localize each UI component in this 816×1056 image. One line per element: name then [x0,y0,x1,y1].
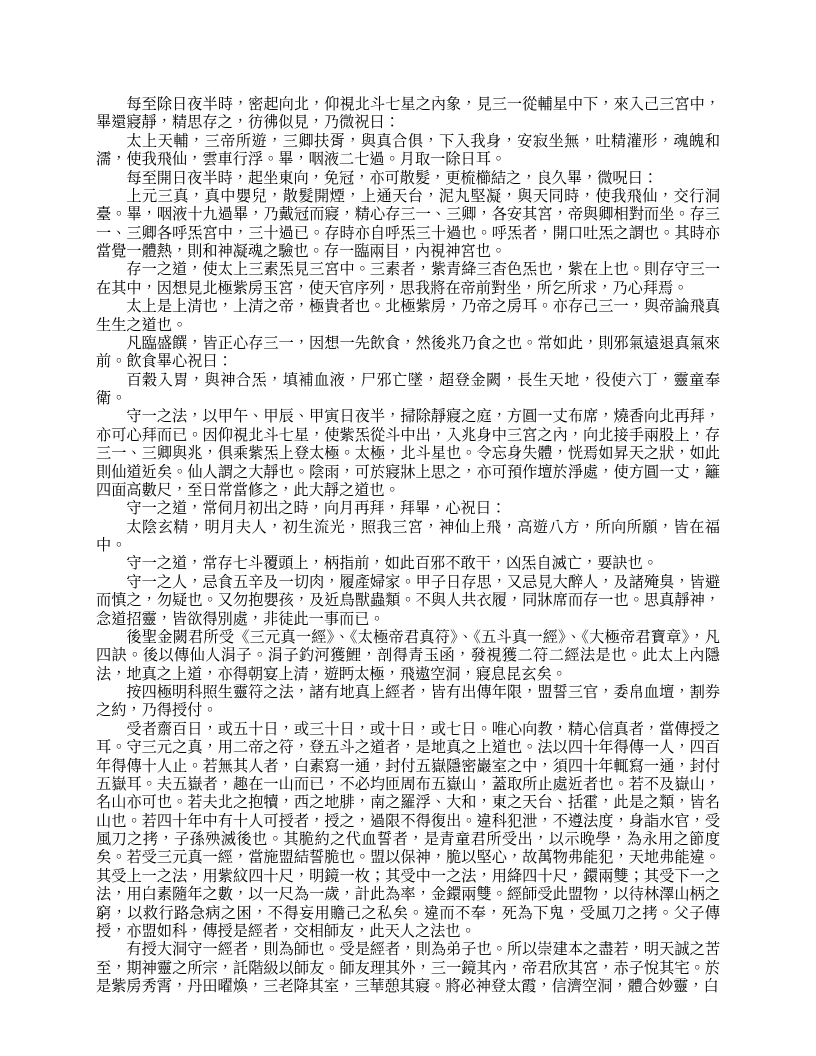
paragraph: 守一之法，以甲午、甲辰、甲寅日夜半，掃除靜寢之庭，方圓一丈布席，燒香向北再拜，亦… [96,408,720,500]
paragraph: 太陰玄精，明月夫人，初生流光，照我三宮，神仙上飛，高遊八方，所向所願，皆在福中。 [96,519,720,556]
paragraph: 有授大洞守一經者，則為師也。受是經者，則為弟子也。所以崇建本之盡若，明天誠之苦至… [96,941,720,996]
paragraph: 受者齋百日，或五十日，或三十日，或十日，或七日。唯心向教，精心信真者，當傳授之耳… [96,721,720,942]
document-body: 每至除日夜半時，密起向北，仰視北斗七星之內象，見三一從輔星中下，來入己三宮中，畢… [96,96,720,996]
paragraph: 後聖金闕君所受《三元真一經》、《太極帝君真符》、《五斗真一經》、《大極帝君寶章》… [96,629,720,684]
paragraph: 凡臨盛饌，皆正心存三一，因想一先飲食，然後兆乃食之也。常如此，則邪氣遠退真氣來前… [96,335,720,372]
paragraph: 守一之道，常伺月初出之時，向月再拜，拜畢，心祝曰： [96,500,720,518]
paragraph: 存一之道，使太上三素炁見三宮中。三素者，紫青絳三杳色炁也，紫在上也。則存守三一在… [96,261,720,298]
paragraph: 太上天輔，三帝所遊，三卿扶胥，與真合俱，下入我身，安寂坐無，吐精灌形，魂魄和濡，… [96,133,720,170]
paragraph: 按四極明科照生靈符之法，諸有地真上經者，皆有出傳年限，盟誓三官，委帛血壇，割券之… [96,684,720,721]
paragraph: 守一之人，忌食五辛及一切肉，履產婦家。甲子日存思，又忌見大醉人，及諸殗臭，皆避而… [96,574,720,629]
paragraph: 每至開日夜半時，起坐東向，免冠，亦可散髮，更梳櫛結之，良久畢，微呪曰： [96,170,720,188]
paragraph: 每至除日夜半時，密起向北，仰視北斗七星之內象，見三一從輔星中下，來入己三宮中，畢… [96,96,720,133]
document-page: 每至除日夜半時，密起向北，仰視北斗七星之內象，見三一從輔星中下，來入己三宮中，畢… [0,0,816,1056]
paragraph: 守一之道，常存七斗覆頭上，柄指前，如此百邪不敢干，凶炁自滅亡，要訣也。 [96,555,720,573]
paragraph: 上元三真，真中嬰兒，散髮開煙，上通天台，泥丸堅凝，與天同時，使我飛仙，交行洞臺。… [96,188,720,262]
paragraph: 太上是上清也，上清之帝，極貴者也。北極紫房，乃帝之房耳。亦存己三一，與帝論飛真生… [96,298,720,335]
paragraph: 百穀入胃，與神合炁，填補血液，尸邪亡墜，超登金闕，長生天地，役使六丁，靈童奉衛。 [96,372,720,409]
